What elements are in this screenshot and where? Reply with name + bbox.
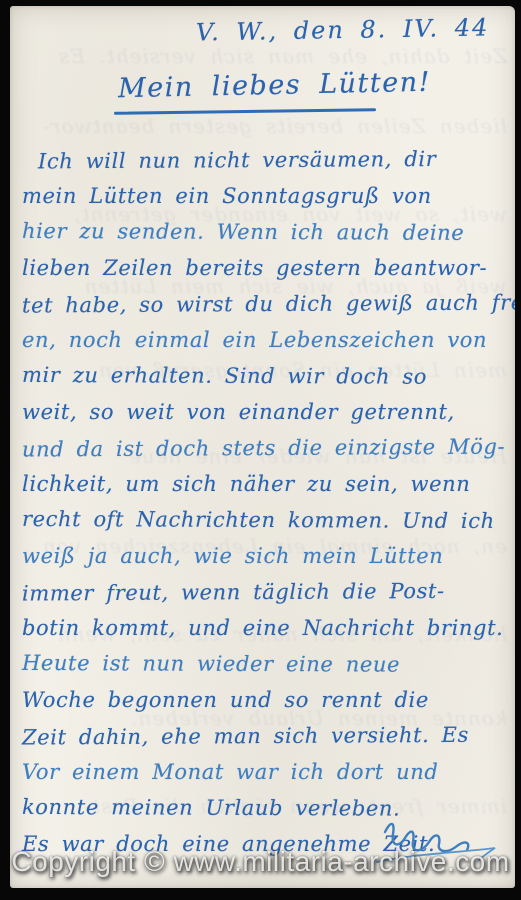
ink-layer: V. W., den 8. IV. 44 Mein liebes Lütten!… [10, 6, 515, 888]
handwriting-line: lichkeit, um sich näher zu sein, wenn [22, 466, 515, 502]
salutation: Mein liebes Lütten! [118, 67, 432, 105]
handwriting-line: Vor einem Monat war ich dort und [22, 754, 515, 790]
handwriting-line: Woche begonnen und so rennt die [22, 682, 515, 718]
salutation-underline [114, 108, 376, 115]
photo-frame: Zeit dahin, ehe man sich versieht. Es li… [0, 0, 521, 900]
handwriting-line: immer freut, wenn täglich die Post- [22, 572, 515, 611]
handwriting-line: lieben Zeilen bereits gestern beantwor- [22, 250, 515, 286]
letter-paper: Zeit dahin, ehe man sich versieht. Es li… [10, 6, 515, 888]
handwriting-line: hier zu senden. Wenn ich auch deine [22, 213, 515, 251]
dateline: V. W., den 8. IV. 44 [196, 13, 490, 46]
copyright-watermark: Copyright © www.militaria-archive.com [0, 846, 521, 878]
handwriting-line: Ich will nun nicht versäumen, dir [22, 140, 515, 179]
handwriting-line: und da ist doch stets die einzigste Mög- [22, 428, 515, 467]
handwriting-line: recht oft Nachrichten kommen. Und ich [22, 501, 515, 539]
handwriting-line: tet habe, so wirst du dich gewiß auch fr… [22, 284, 515, 323]
handwriting-line: Heute ist nun wieder eine neue [22, 645, 515, 683]
handwriting-line: mir zu erhalten. Sind wir doch so [22, 357, 515, 395]
handwriting-line: botin kommt, und eine Nachricht bringt. [22, 610, 515, 646]
handwriting-line: Zeit dahin, ehe man sich versieht. Es [22, 716, 515, 755]
letter-body: Ich will nun nicht versäumen, dir mein L… [22, 142, 515, 862]
handwriting-line: weiß ja auch, wie sich mein Lütten [22, 538, 515, 574]
handwriting-line: mein Lütten ein Sonntagsgruß von [22, 178, 515, 214]
handwriting-line: weit, so weit von einander getrennt, [22, 394, 515, 430]
handwriting-line: en, noch einmal ein Lebenszeichen von [22, 322, 515, 358]
